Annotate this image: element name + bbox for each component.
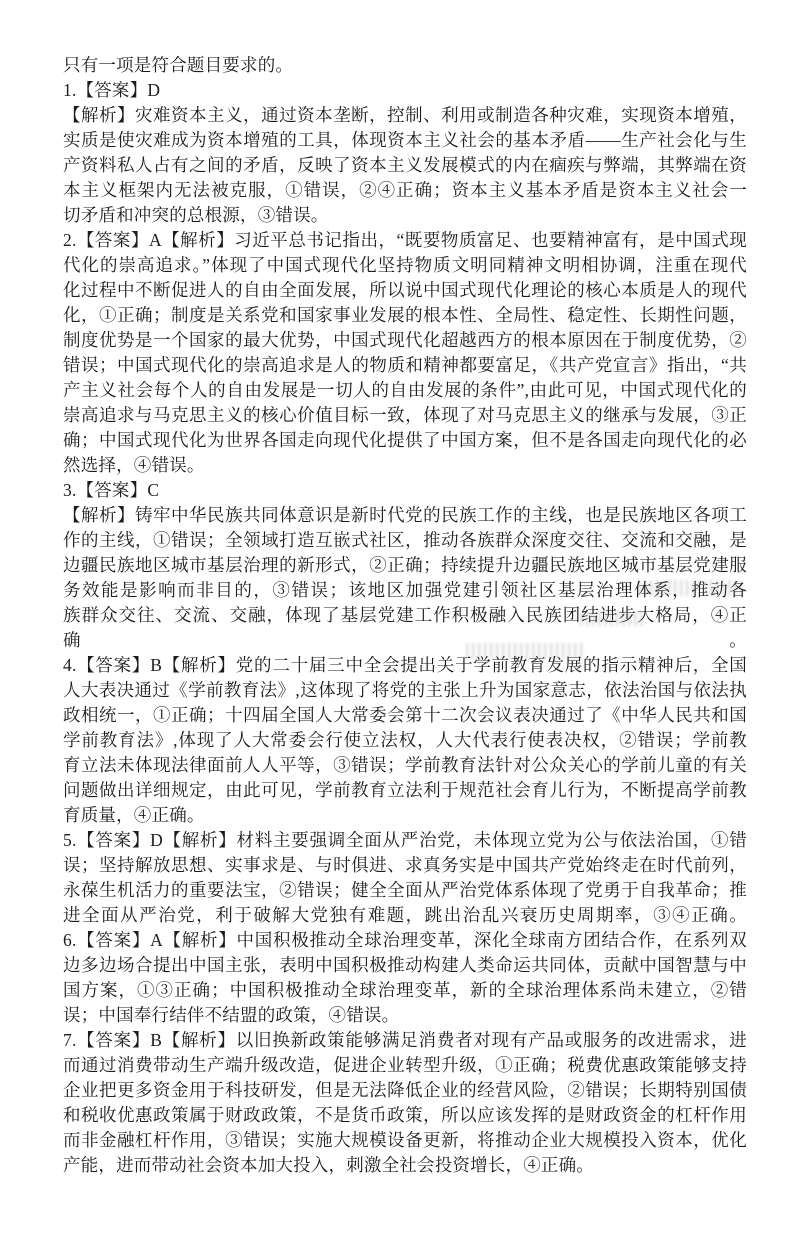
question-4-line-7: 育质量，④正确。	[63, 803, 747, 828]
question-3-line-5: 务效能是影响而非目的，③错误；该地区加强党建引领社区基层治理体系，推动各	[63, 578, 747, 603]
question-2-line-6: 错误；中国式现代化的崇高追求是人的物质和精神都要富足，《共产党宣言》指出，“共	[63, 353, 747, 378]
question-2-line-4: 化，①正确；制度是关系党和国家事业发展的根本性、全局性、稳定性、长期性问题，	[63, 303, 747, 328]
question-3-line-2: 【解析】铸牢中华民族共同体意识是新时代党的民族工作的主线，也是民族地区各项工	[63, 503, 747, 528]
question-6-line-1: 6.【答案】A【解析】中国积极推动全球治理变革，深化全球南方团结合作，在系列双	[63, 928, 747, 953]
question-6-line-2: 边多边场合提出中国主张，表明中国积极推动构建人类命运共同体，贡献中国智慧与中	[63, 953, 747, 978]
question-5-line-4: 进全面从严治党，利于破解大党独有难题，跳出治乱兴衰历史周期率，③④正确。	[63, 903, 747, 928]
question-1-line-5: 本主义框架内无法被克服，①错误，②④正确；资本主义基本矛盾是资本主义社会一	[63, 178, 747, 203]
question-5-line-3: 永葆生机活力的重要法宝，②错误；健全全面从严治党体系体现了党勇于自我革命；推	[63, 878, 747, 903]
question-5-line-1: 5.【答案】D【解析】材料主要强调全面从严治党，未体现立党为公与依法治国，①错	[63, 828, 747, 853]
question-1-line-4: 产资料私人占有之间的矛盾，反映了资本主义发展模式的内在痼疾与弊端，其弊端在资	[63, 153, 747, 178]
question-7-line-4: 和税收优惠政策属于财政政策，不是货币政策，所以应该发挥的是财政资金的杠杆作用	[63, 1103, 747, 1128]
question-2-line-2: 代化的崇高追求。”体现了中国式现代化坚持物质文明同精神文明相协调，注重在现代	[63, 253, 747, 278]
intro-line: 只有一项是符合题目要求的。	[63, 53, 747, 78]
question-1-line-3: 实质是使灾难成为资本增殖的工具，体现资本主义社会的基本矛盾——生产社会化与生	[63, 128, 747, 153]
question-2-line-3: 化过程中不断促进人的自由全面发展，所以说中国式现代化理论的核心本质是人的现代	[63, 278, 747, 303]
question-3-line-3: 作的主线，①错误；全领域打造互嵌式社区，推动各族群众深度交往、交流和交融，是	[63, 528, 747, 553]
answer-lines: 只有一项是符合题目要求的。1.【答案】D【解析】灾难资本主义，通过资本垄断，控制…	[63, 53, 747, 1178]
question-4-line-2: 人大表决通过《学前教育法》,这体现了将党的主张上升为国家意志，依法治国与依法执	[63, 678, 747, 703]
question-6-line-4: 误；中国奉行结伴不结盟的政策，④错误。	[63, 1003, 747, 1028]
question-1-line-6: 切矛盾和冲突的总根源，③错误。	[63, 203, 747, 228]
question-2-line-7: 产主义社会每个人的自由发展是一切人的自由发展的条件”,由此可见，中国式现代化的	[63, 378, 747, 403]
question-1-line-2: 【解析】灾难资本主义，通过资本垄断，控制、利用或制造各种灾难，实现资本增殖，	[63, 103, 747, 128]
question-4-line-4: 学前教育法》,体现了人大常委会行使立法权，人大代表行使表决权，②错误；学前教	[63, 728, 747, 753]
question-3-line-6: 族群众交往、交流、交融，体现了基层党建工作积极融入民族团结进步大格局，④正确。	[63, 603, 747, 653]
question-7-line-1: 7.【答案】B【解析】以旧换新政策能够满足消费者对现有产品或服务的改进需求，进	[63, 1028, 747, 1053]
question-2-line-10: 然选择，④错误。	[63, 453, 747, 478]
question-7-line-6: 产能，进而带动社会资本加大投入，刺激全社会投资增长，④正确。	[63, 1153, 747, 1178]
question-5-line-2: 误；坚持解放思想、实事求是、与时俱进、求真务实是中国共产党始终走在时代前列，	[63, 853, 747, 878]
question-1-line-1: 1.【答案】D	[63, 78, 747, 103]
question-2-line-1: 2.【答案】A【解析】习近平总书记指出，“既要物质富足、也要精神富有，是中国式现	[63, 228, 747, 253]
question-6-line-3: 国方案，①③正确；中国积极推动全球治理变革，新的全球治理体系尚未建立，②错	[63, 978, 747, 1003]
question-2-line-8: 崇高追求与马克思主义的核心价值目标一致，体现了对马克思主义的继承与发展，③正	[63, 403, 747, 428]
question-2-line-9: 确；中国式现代化为世界各国走向现代化提供了中国方案，但不是各国走向现代化的必	[63, 428, 747, 453]
question-4-line-1: 4.【答案】B【解析】党的二十届三中全会提出关于学前教育发展的指示精神后，全国	[63, 653, 747, 678]
question-7-line-5: 而非金融杠杆作用，③错误；实施大规模设备更新，将推动企业大规模投入资本，优化	[63, 1128, 747, 1153]
question-7-line-3: 企业把更多资金用于科技研发，但是无法降低企业的经营风险，②错误；长期特别国债	[63, 1078, 747, 1103]
question-3-line-4: 边疆民族地区城市基层治理的新形式，②正确；持续提升边疆民族地区城市基层党建服	[63, 553, 747, 578]
question-4-line-5: 育立法未体现法律面前人人平等，③错误；学前教育法针对公众关心的学前儿童的有关	[63, 753, 747, 778]
question-2-line-5: 制度优势是一个国家的最大优势，中国式现代化超越西方的根本原因在于制度优势，②	[63, 328, 747, 353]
question-4-line-6: 问题做出详细规定，由此可见，学前教育立法利于规范社会育儿行为，不断提高学前教	[63, 778, 747, 803]
answer-key-page: 只有一项是符合题目要求的。1.【答案】D【解析】灾难资本主义，通过资本垄断，控制…	[63, 53, 747, 1178]
question-7-line-2: 而通过消费带动生产端升级改造，促进企业转型升级，①正确；税费优惠政策能够支持	[63, 1053, 747, 1078]
question-3-line-1: 3.【答案】C	[63, 478, 747, 503]
question-4-line-3: 政相统一，①正确；十四届全国人大常委会第十二次会议表决通过了《中华人民共和国	[63, 703, 747, 728]
